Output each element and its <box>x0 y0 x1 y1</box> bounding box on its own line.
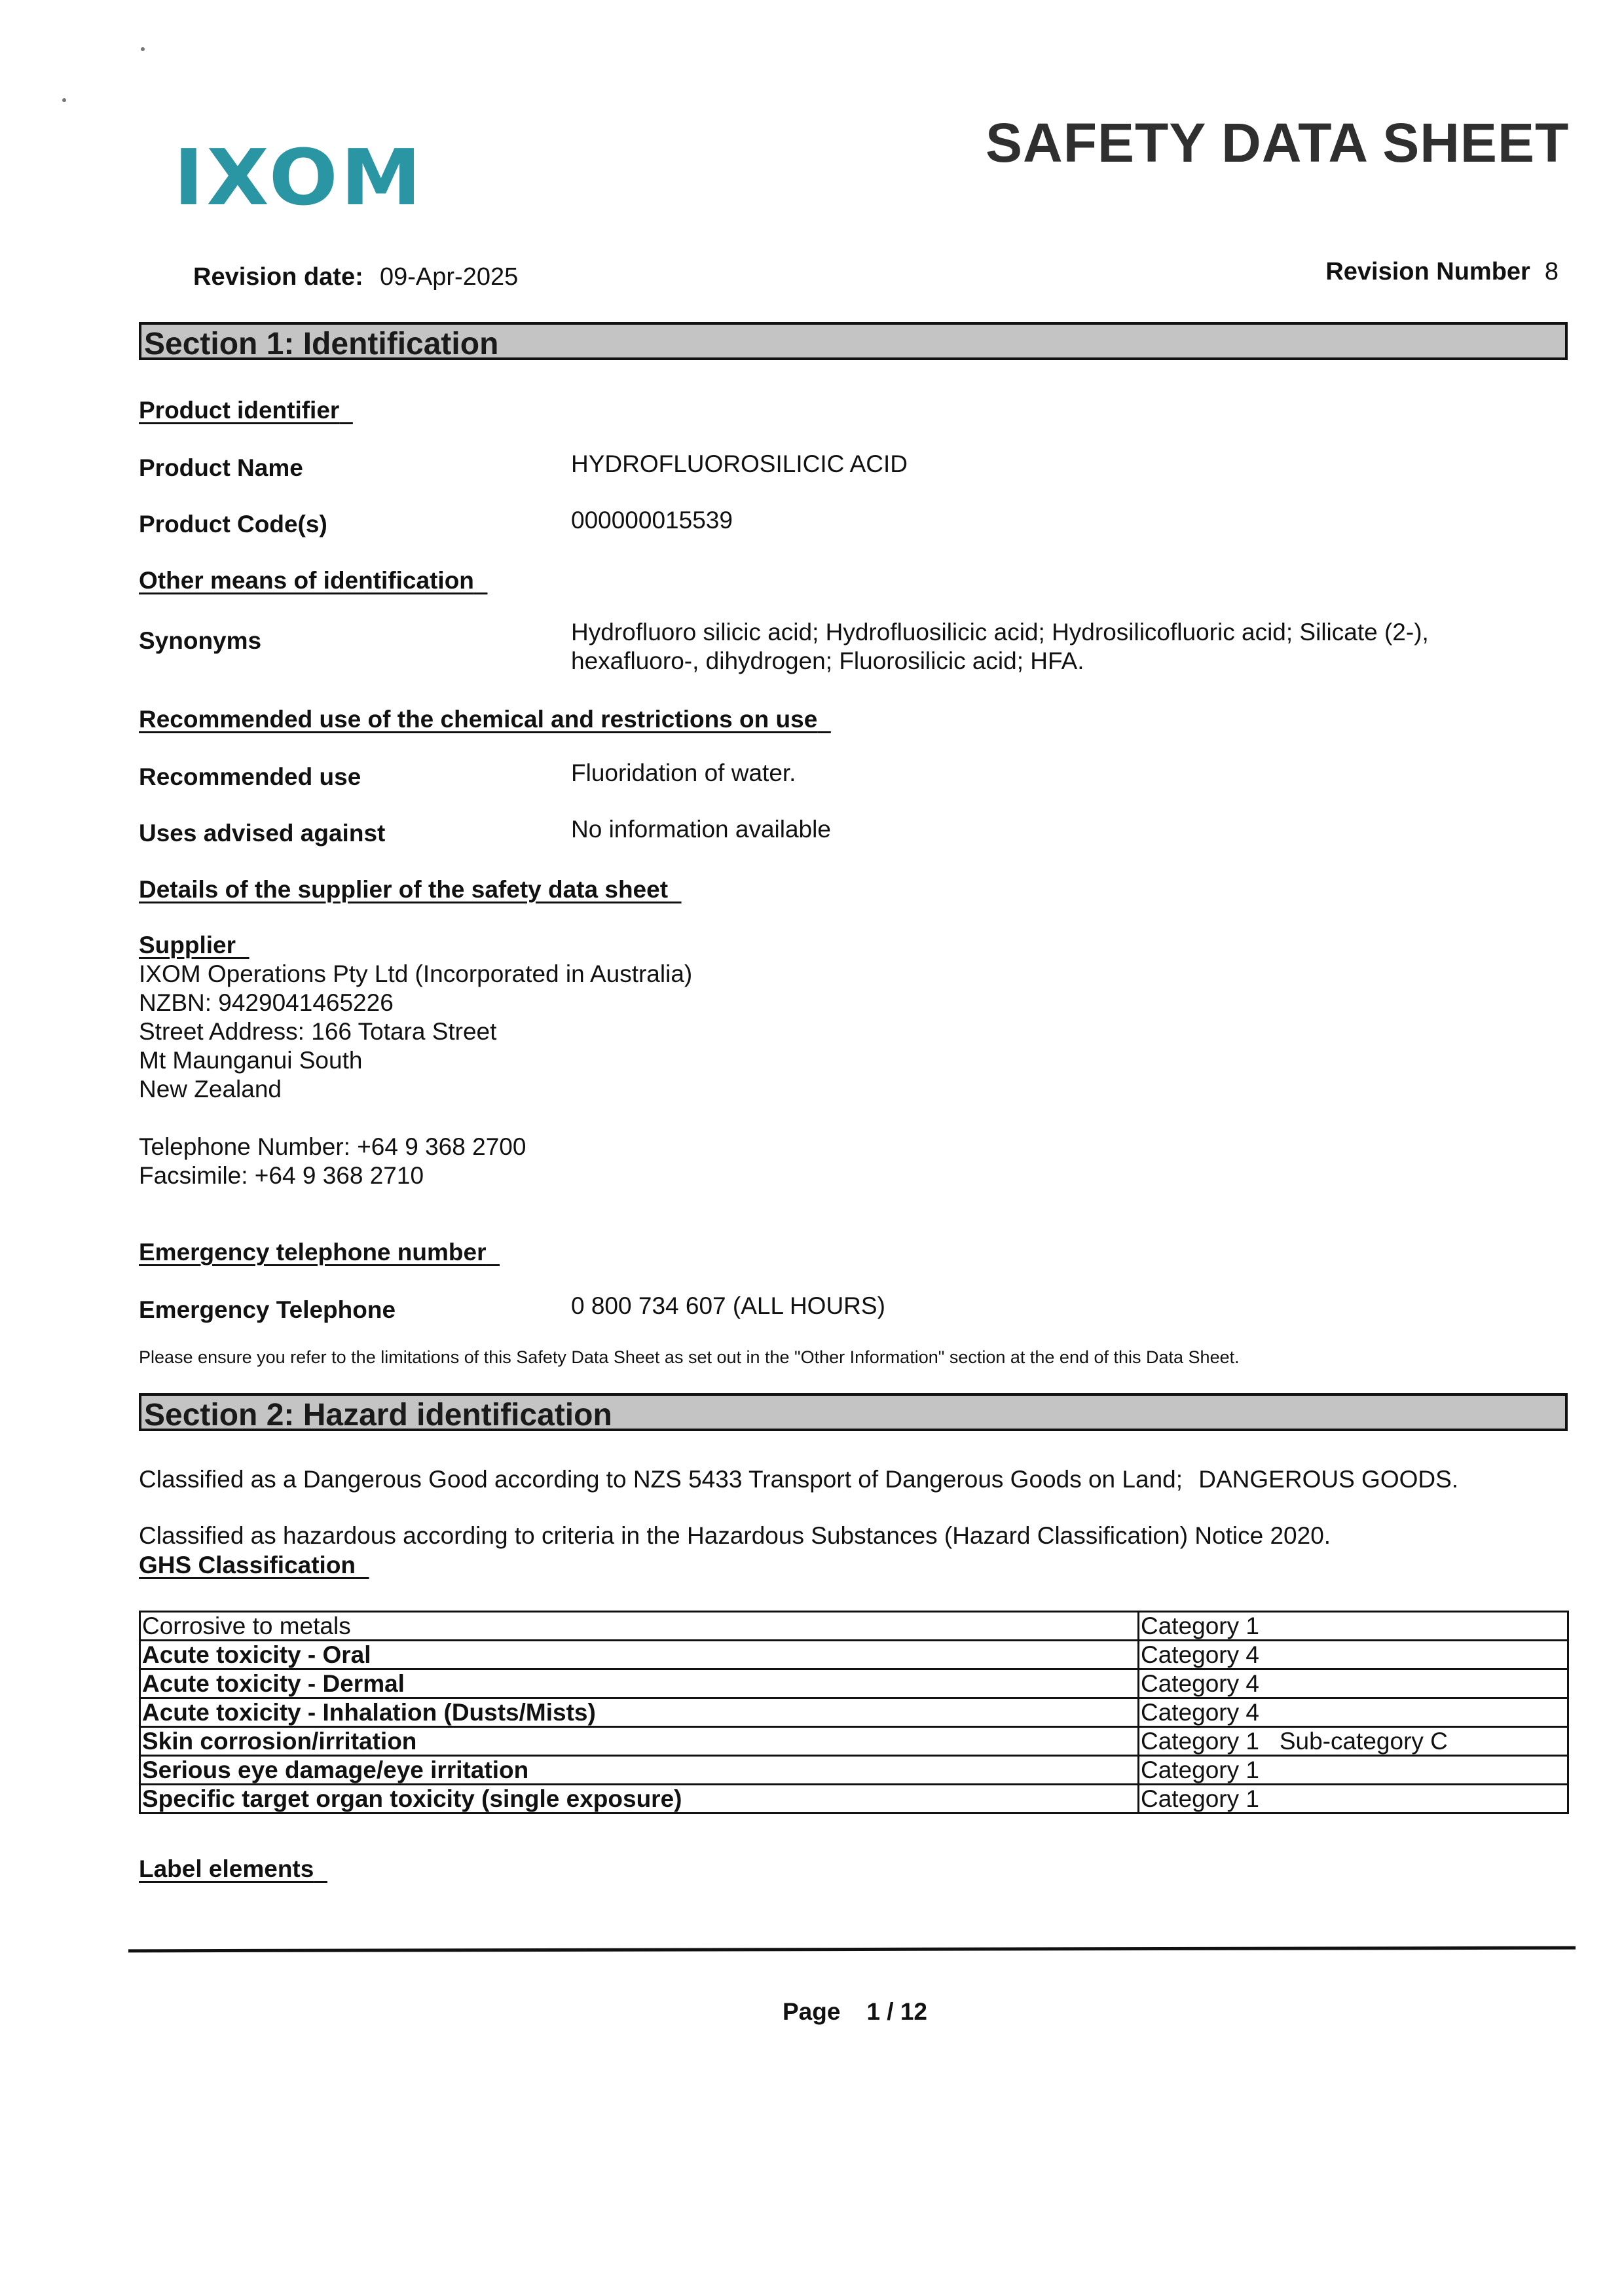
supplier-telephone: Telephone Number: +64 9 368 2700 <box>139 1133 692 1161</box>
table-row: Skin corrosion/irritationCategory 1 Sub-… <box>140 1727 1568 1756</box>
recommended-use-value: Fluoridation of water. <box>571 759 796 787</box>
dangerous-goods-flag: DANGEROUS GOODS. <box>1198 1466 1458 1493</box>
product-name-label: Product Name <box>139 454 303 482</box>
scan-speck <box>62 98 66 102</box>
emergency-heading: Emergency telephone number <box>139 1239 500 1266</box>
table-row: Specific target organ toxicity (single e… <box>140 1785 1568 1813</box>
section-1-title: Section 1: Identification <box>144 326 498 362</box>
hazard-class-cell: Acute toxicity - Oral <box>140 1641 1139 1669</box>
product-identifier-heading: Product identifier <box>139 397 353 424</box>
supplier-line: New Zealand <box>139 1075 692 1104</box>
table-row: Corrosive to metalsCategory 1 <box>140 1612 1568 1641</box>
dangerous-good-text: Classified as a Dangerous Good according… <box>139 1466 1183 1493</box>
footer-divider <box>128 1946 1576 1953</box>
page-indicator: Page1 / 12 <box>783 1998 927 2026</box>
table-row: Acute toxicity - DermalCategory 4 <box>140 1669 1568 1698</box>
table-row: Serious eye damage/eye irritationCategor… <box>140 1756 1568 1785</box>
supplier-details-heading: Details of the supplier of the safety da… <box>139 876 682 903</box>
ghs-classification-table: Corrosive to metalsCategory 1Acute toxic… <box>139 1611 1569 1814</box>
revision-number-label: Revision Number <box>1325 258 1530 285</box>
supplier-line: Street Address: 166 Totara Street <box>139 1017 692 1046</box>
recommended-use-label: Recommended use <box>139 763 361 791</box>
section-2-header: Section 2: Hazard identification <box>139 1393 1568 1431</box>
dangerous-good-statement: Classified as a Dangerous Good according… <box>139 1465 1458 1494</box>
hazard-category-cell: Category 4 <box>1139 1669 1568 1698</box>
hazard-class-cell: Specific target organ toxicity (single e… <box>140 1785 1139 1813</box>
supplier-facsimile: Facsimile: +64 9 368 2710 <box>139 1161 692 1190</box>
hazard-class-cell: Acute toxicity - Dermal <box>140 1669 1139 1698</box>
table-row: Acute toxicity - Inhalation (Dusts/Mists… <box>140 1698 1568 1727</box>
hazard-category-cell: Category 1 <box>1139 1756 1568 1785</box>
hazard-category-cell: Category 1 <box>1139 1612 1568 1641</box>
hazard-category-cell: Category 1 Sub-category C <box>1139 1727 1568 1756</box>
emergency-telephone-label: Emergency Telephone <box>139 1296 396 1324</box>
hazard-class-cell: Corrosive to metals <box>140 1612 1139 1641</box>
table-row: Acute toxicity - OralCategory 4 <box>140 1641 1568 1669</box>
hazard-class-cell: Acute toxicity - Inhalation (Dusts/Mists… <box>140 1698 1139 1727</box>
ghs-classification-heading: GHS Classification <box>139 1552 369 1579</box>
uses-advised-against-label: Uses advised against <box>139 820 385 847</box>
supplier-line: Mt Maunganui South <box>139 1046 692 1075</box>
supplier-line: NZBN: 9429041465226 <box>139 989 692 1017</box>
revision-number-value: 8 <box>1545 258 1559 285</box>
label-elements-heading: Label elements <box>139 1855 327 1883</box>
synonyms-line-1: Hydrofluoro silicic acid; Hydrofluosilic… <box>571 618 1429 647</box>
page-label: Page <box>783 1998 840 2025</box>
hazard-class-cell: Skin corrosion/irritation <box>140 1727 1139 1756</box>
other-means-heading: Other means of identification <box>139 567 487 594</box>
section-2-title: Section 2: Hazard identification <box>144 1397 612 1433</box>
hazard-category-cell: Category 4 <box>1139 1641 1568 1669</box>
product-code-value: 000000015539 <box>571 507 733 534</box>
page-number: 1 / 12 <box>866 1998 927 2025</box>
product-code-label: Product Code(s) <box>139 511 327 538</box>
hazard-category-cell: Category 4 <box>1139 1698 1568 1727</box>
synonyms-line-2: hexafluoro-, dihydrogen; Fluorosilicic a… <box>571 647 1429 676</box>
document-title: SAFETY DATA SHEET <box>986 111 1569 175</box>
product-name-value: HYDROFLUOROSILICIC ACID <box>571 450 908 478</box>
scan-speck <box>141 47 145 51</box>
supplier-block: Supplier IXOM Operations Pty Ltd (Incorp… <box>139 931 692 1190</box>
hazard-class-cell: Serious eye damage/eye irritation <box>140 1756 1139 1785</box>
revision-number: Revision Number8 <box>1325 258 1559 286</box>
recommended-use-heading: Recommended use of the chemical and rest… <box>139 706 831 733</box>
limitations-note: Please ensure you refer to the limitatio… <box>139 1347 1240 1368</box>
revision-date-value: 09-Apr-2025 <box>380 263 518 291</box>
supplier-heading: Supplier <box>139 931 692 960</box>
section-1-header: Section 1: Identification <box>139 322 1568 360</box>
ixom-logo: IXOM <box>174 139 424 216</box>
revision-date-label: Revision date: <box>193 263 363 291</box>
hazard-category-cell: Category 1 <box>1139 1785 1568 1813</box>
uses-advised-against-value: No information available <box>571 816 831 843</box>
synonyms-label: Synonyms <box>139 627 261 655</box>
synonyms-value: Hydrofluoro silicic acid; Hydrofluosilic… <box>571 618 1429 676</box>
hazardous-statement: Classified as hazardous according to cri… <box>139 1522 1331 1550</box>
emergency-telephone-value: 0 800 734 607 (ALL HOURS) <box>571 1292 885 1320</box>
supplier-line: IXOM Operations Pty Ltd (Incorporated in… <box>139 960 692 989</box>
